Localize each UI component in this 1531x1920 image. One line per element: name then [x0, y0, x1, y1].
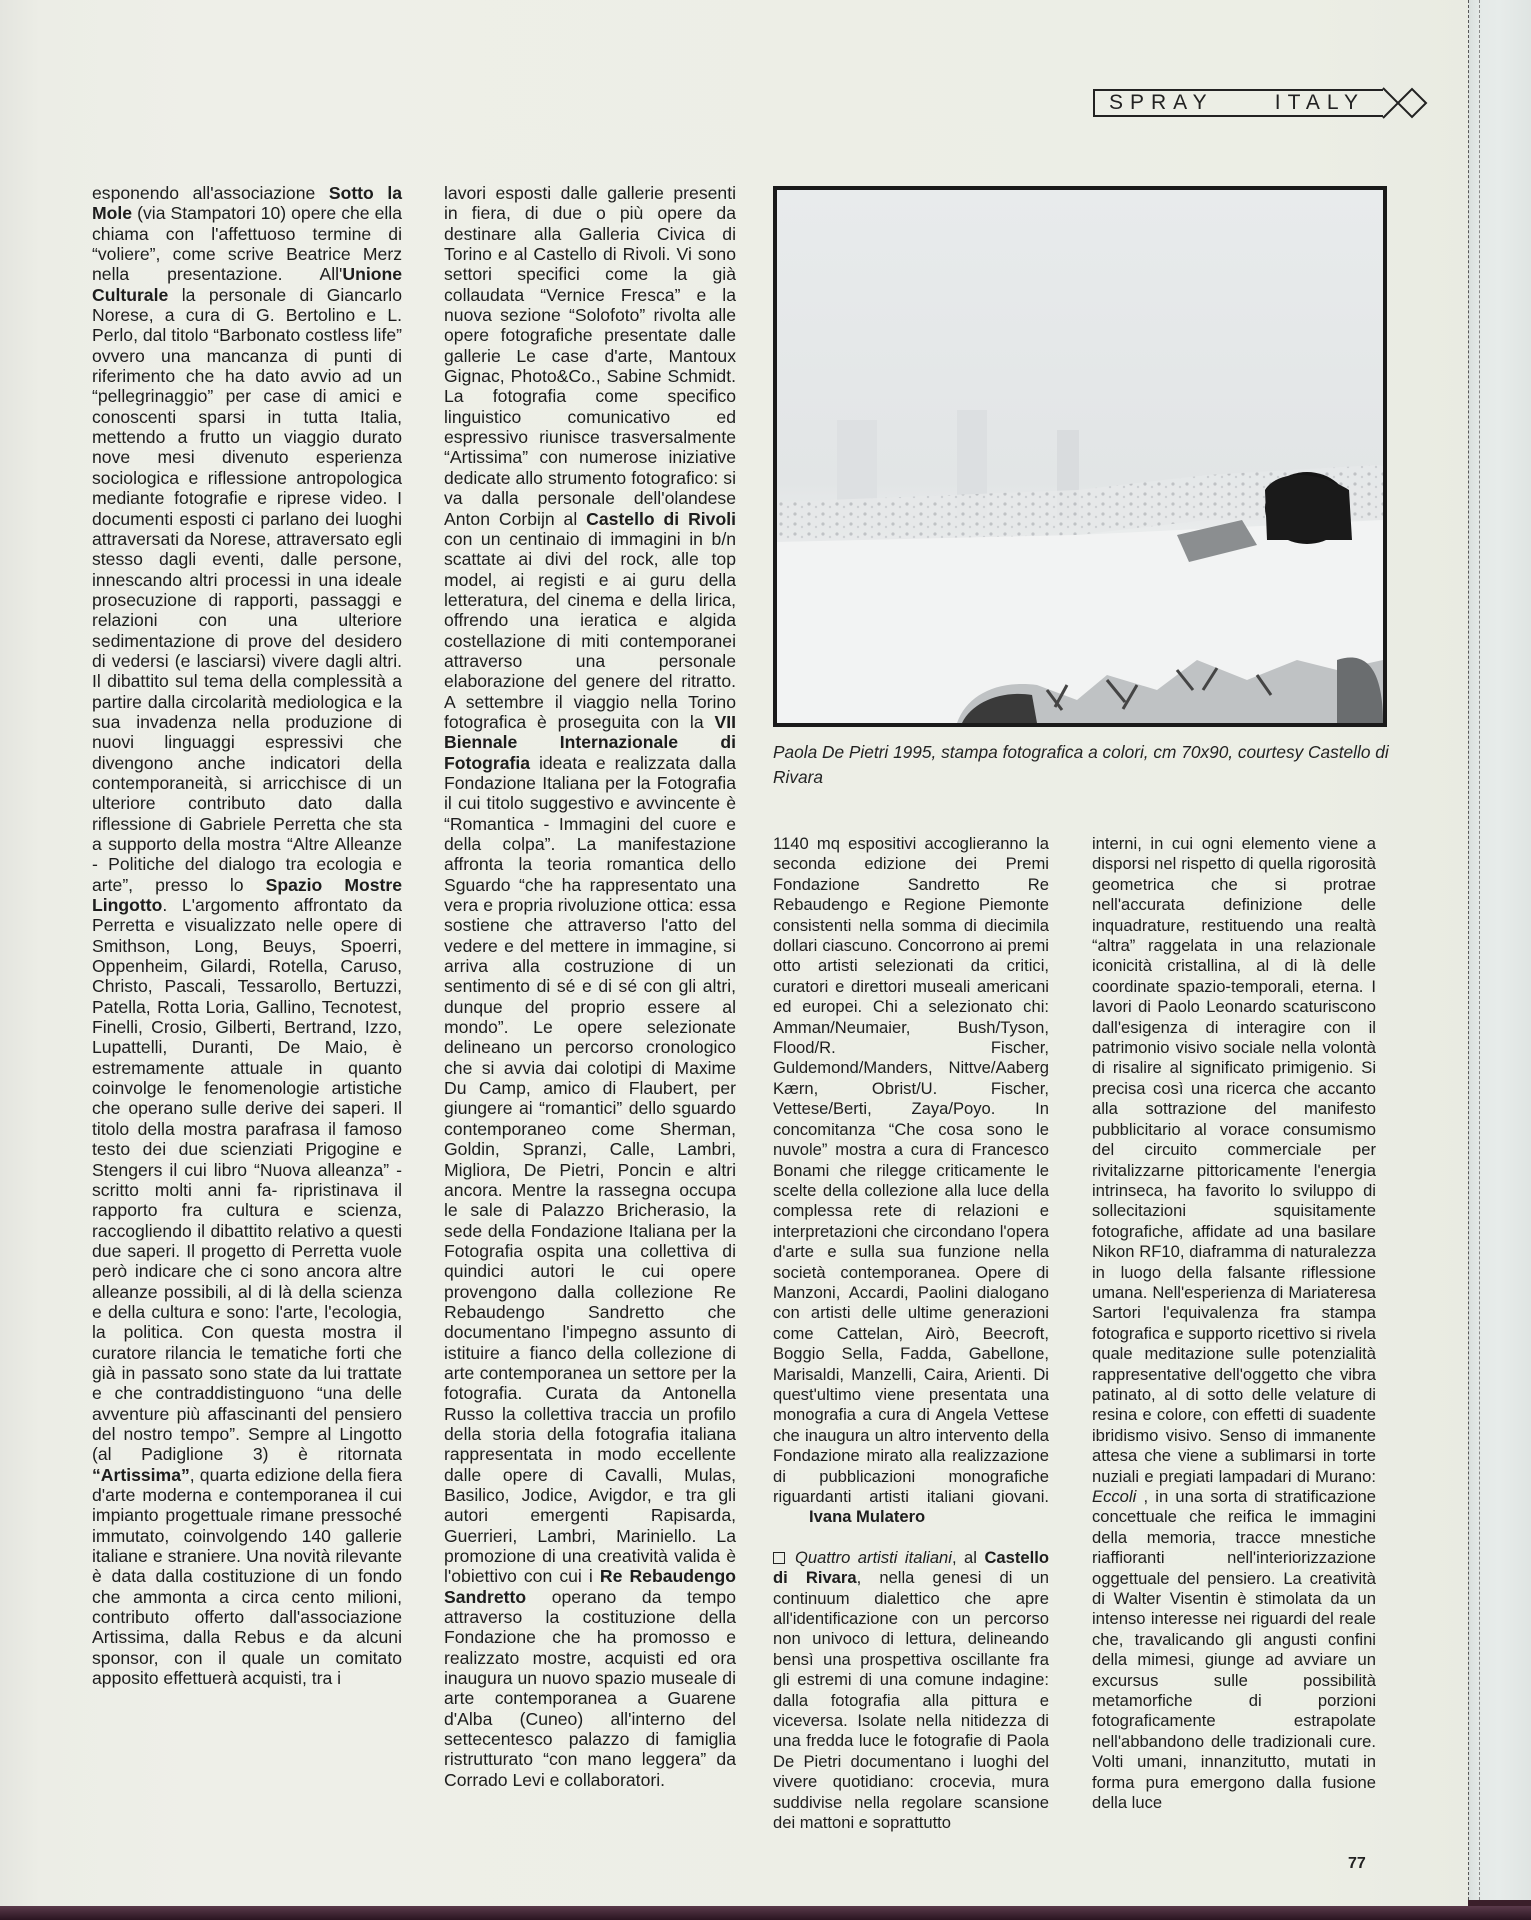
body-text: ideata e realizzata dalla Fondazione Ita… [444, 753, 736, 1587]
scan-bottom-border [0, 1906, 1531, 1920]
artists-text-1: interni, in cui ogni elemento viene a di… [1092, 834, 1376, 1486]
magazine-page: SPRAY ITALY esponendo all'associazione S… [0, 0, 1468, 1906]
article-column-3: 1140 mq espositivi accoglieranno la seco… [773, 834, 1049, 1834]
section-header: SPRAY ITALY [1093, 88, 1383, 118]
rivara-title: Quattro artisti italiani [795, 1548, 952, 1567]
body-text: . L'argomento affrontato da Perretta e v… [92, 895, 402, 1464]
section-label-box: SPRAY ITALY [1093, 89, 1383, 117]
prize-paragraph: 1140 mq espositivi accoglieranno la seco… [773, 834, 1049, 1528]
photograph-paola-de-pietri [773, 186, 1387, 727]
section-word-spray: SPRAY [1109, 91, 1214, 115]
column-paragraph: lavori esposti dalle gallerie presenti i… [444, 183, 736, 1790]
rivara-paragraph: Quattro artisti italiani, al Castello di… [773, 1548, 1049, 1834]
rivara-text: , nella genesi di un continuum dialettic… [773, 1568, 1049, 1832]
artists-paragraph: interni, in cui ogni elemento viene a di… [1092, 834, 1376, 1814]
article-column-4: interni, in cui ogni elemento viene a di… [1092, 834, 1376, 1814]
body-text: la personale di Giancarlo Norese, a cura… [92, 285, 402, 895]
photo-caption: Paola De Pietri 1995, stampa fotografica… [773, 740, 1393, 790]
emphasized-venue-name: “Artissima” [92, 1465, 190, 1485]
body-text: con un centinaio di immagini in b/n scat… [444, 529, 736, 732]
article-column-2: lavori esposti dalle gallerie presenti i… [444, 183, 736, 1790]
prize-text: 1140 mq espositivi accoglieranno la seco… [773, 834, 1049, 1506]
article-column-1: esponendo all'associazione Sotto la Mole… [92, 183, 402, 1688]
emphasized-venue-name: Castello di Rivoli [586, 509, 736, 529]
header-arrow-diamond-icon [1380, 85, 1430, 121]
page-number: 77 [1348, 1855, 1366, 1873]
body-text: lavori esposti dalle gallerie presenti i… [444, 183, 736, 529]
body-text: , quarta edizione della fiera d'arte mod… [92, 1465, 402, 1688]
artwork-title-eccoli: Eccoli [1092, 1487, 1136, 1506]
section-word-italy: ITALY [1275, 91, 1365, 115]
author-signature: Ivana Mulatero [809, 1507, 925, 1527]
body-text: operano da tempo attraverso la costituzi… [444, 1587, 736, 1790]
photo-bed-figure-image [777, 190, 1383, 723]
column-paragraph: esponendo all'associazione Sotto la Mole… [92, 183, 402, 1688]
body-text: esponendo all'associazione [92, 183, 329, 203]
artists-text-2: , in una sorta di stratificazione concet… [1092, 1487, 1376, 1812]
section-bullet-square-icon [773, 1552, 785, 1564]
page-edge-stack [1468, 0, 1531, 1900]
rivara-connector: , al [952, 1548, 984, 1567]
